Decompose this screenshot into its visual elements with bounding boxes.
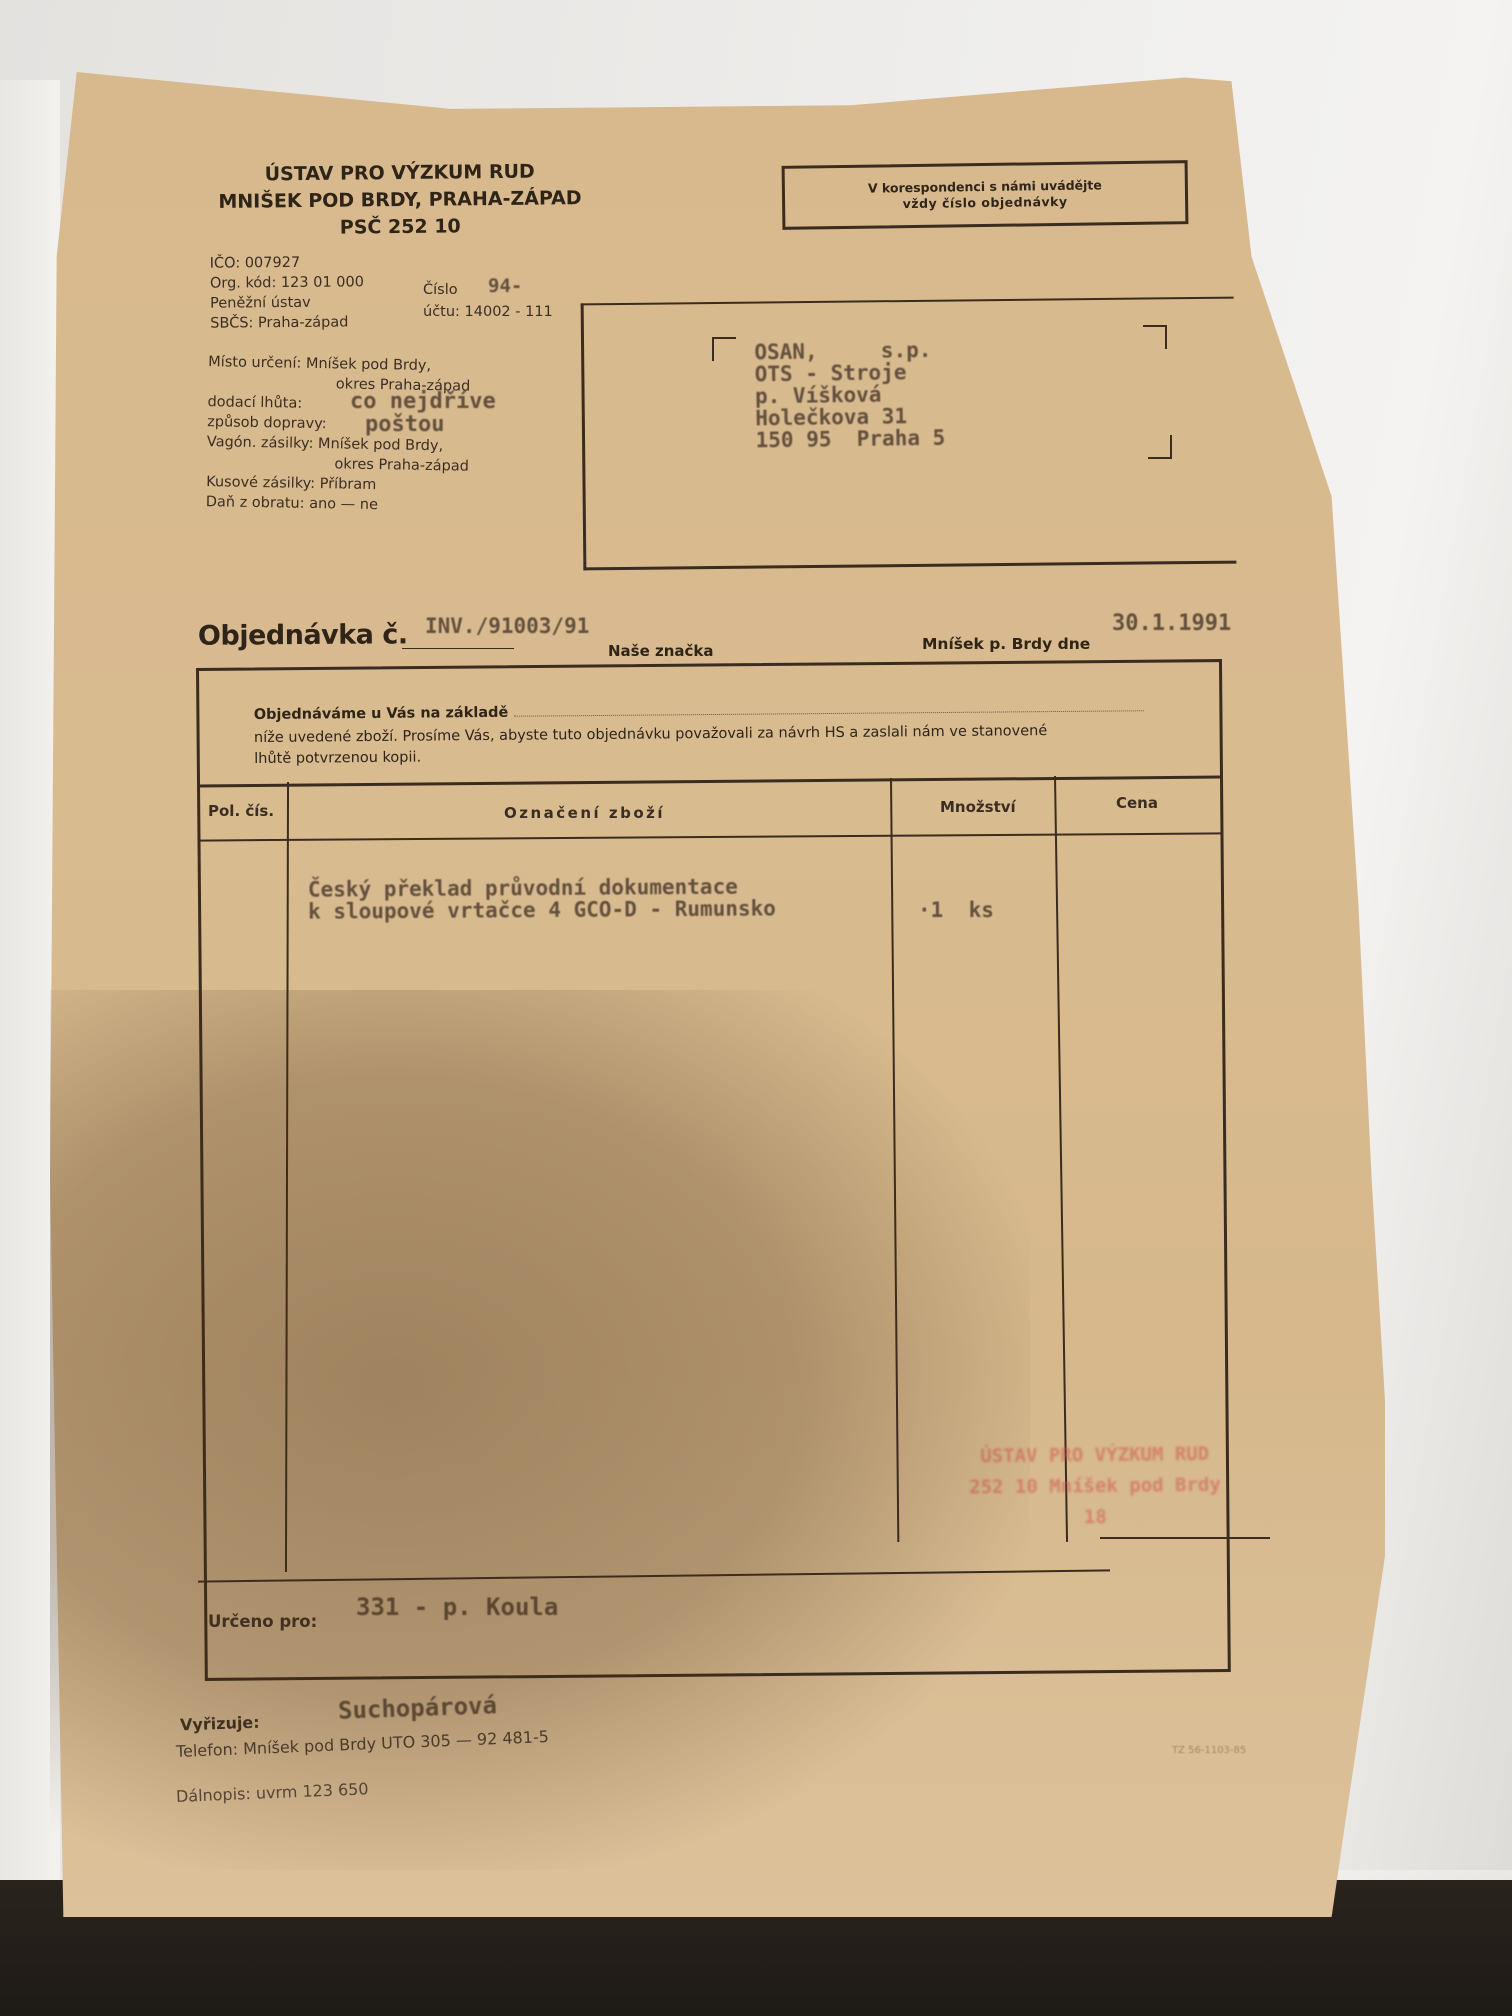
header-price: Cena: [1116, 794, 1158, 812]
piece-label: Kusové zásilky:: [206, 474, 315, 492]
correspondence-notice: V korespondenci s námi uvádějte vždy čís…: [782, 160, 1189, 230]
institution-stamp: ÚSTAV PRO VÝZKUM RUD 252 10 Mníšek pod B…: [960, 1439, 1231, 1535]
place-label: Mníšek p. Brdy dne: [922, 635, 1090, 653]
stamp-line2: 252 10 Mníšek pod Brdy: [960, 1470, 1230, 1504]
institution-name: ÚSTAV PRO VÝZKUM RUD: [200, 158, 600, 189]
address-corner-tl: [712, 337, 736, 361]
header-goods: Označení zboží: [504, 804, 665, 822]
institution-header: ÚSTAV PRO VÝZKUM RUD MNIŠEK POD BRDY, PR…: [200, 158, 601, 243]
designated-value: 331 - p. Koula: [356, 1593, 558, 1621]
wagon-value: Mníšek pod Brdy,: [318, 436, 443, 454]
header-quantity: Množství: [940, 798, 1016, 816]
background-sheet: [0, 80, 60, 1910]
piece-value: Příbram: [320, 476, 377, 493]
destination-value: Mníšek pod Brdy,: [306, 356, 431, 374]
notice-line2: vždy číslo objednávky: [903, 194, 1068, 212]
item-description: Český překlad průvodní dokumentace k slo…: [308, 875, 776, 922]
address-corner-tr: [1143, 325, 1167, 349]
destination-label: Místo určení:: [208, 354, 301, 372]
bank-label: Peněžní ústav: [210, 292, 364, 313]
order-date: 30.1.1991: [1112, 611, 1231, 636]
institution-postal: PSČ 252 10: [200, 212, 600, 243]
bank: SBČS: Praha-západ: [210, 312, 364, 333]
wagon-label: Vagón. zásilky:: [207, 434, 314, 452]
order-number: INV./91003/91: [425, 614, 589, 638]
stamp-line1: ÚSTAV PRO VÝZKUM RUD: [960, 1439, 1230, 1473]
deadline-value: co nejdříve: [350, 389, 496, 414]
recipient-address: OSAN, s.p. OTS - Stroje p. Víšková Holeč…: [754, 339, 945, 452]
price-bottom-rule: [1100, 1537, 1270, 1539]
our-reference-label: Naše značka: [608, 642, 714, 660]
intro-line1: Objednáváme u Vás na základě: [254, 705, 509, 723]
account-number: účtu: 14002 - 111: [423, 302, 553, 322]
header-position: Pol. čís.: [208, 802, 274, 820]
tax-label: Daň z obratu:: [206, 494, 305, 512]
handled-by-value: Suchopárová: [338, 1691, 498, 1725]
account-label: Číslo: [423, 280, 458, 300]
stamp-line3: 18: [960, 1501, 1230, 1535]
designated-label: Určeno pro:: [208, 1612, 317, 1631]
identifiers-block: IČO: 007927 Org. kód: 123 01 000 Peněžní…: [210, 252, 365, 333]
order-number-line: [402, 648, 514, 649]
order-title: Objednávka č.: [198, 619, 408, 651]
handled-by-label: Vyřizuje:: [180, 1713, 260, 1735]
address-corner-br: [1148, 435, 1172, 459]
tax-value: ano — ne: [309, 496, 378, 513]
institution-address: MNIŠEK POD BRDY, PRAHA-ZÁPAD: [200, 185, 600, 216]
basis-field: [513, 710, 1143, 716]
form-code: TZ 56-1103-85: [1172, 1745, 1246, 1756]
account-prefix: 94-: [488, 275, 522, 297]
intro-text: Objednáváme u Vás na základě níže uveden…: [254, 694, 1175, 773]
transport-value: poštou: [365, 412, 444, 437]
item-quantity: ·1 ks: [918, 898, 994, 922]
ico: IČO: 007927: [210, 252, 364, 273]
org-code: Org. kód: 123 01 000: [210, 272, 364, 293]
